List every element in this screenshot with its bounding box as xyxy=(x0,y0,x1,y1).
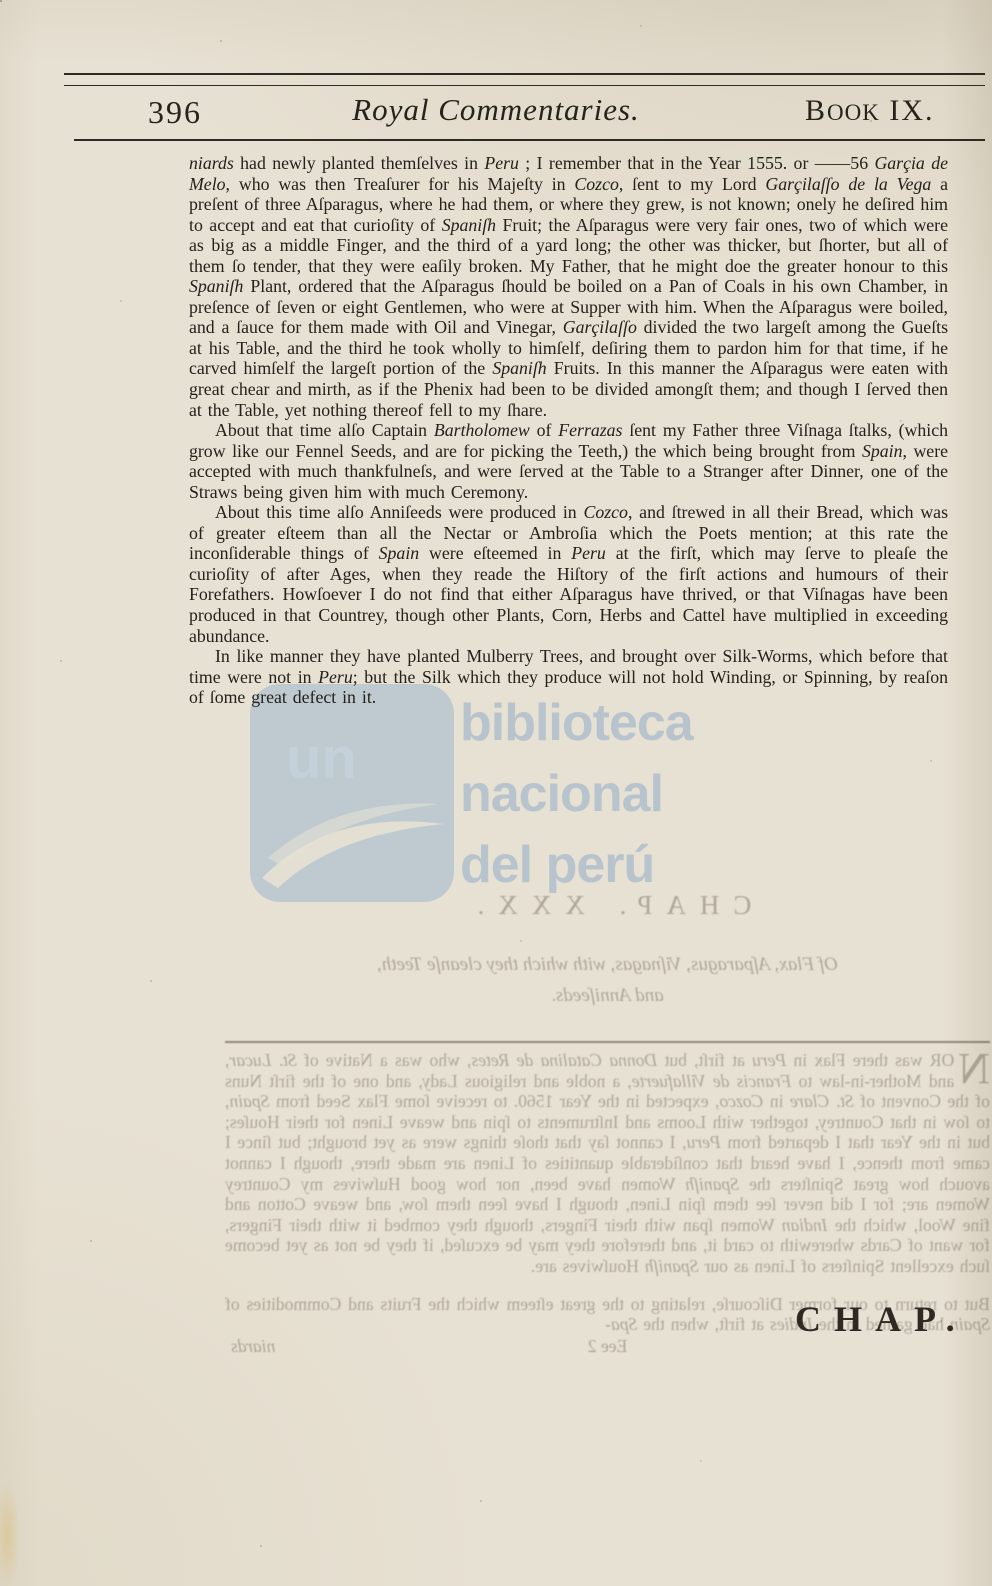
catchword-chap: CHAP. xyxy=(795,1298,968,1340)
book-label: BOOK IX. xyxy=(805,94,935,128)
bleed-drop-cap: N xyxy=(954,1050,990,1088)
bleed-chapter-heading: CHAP. XXX. xyxy=(225,890,990,921)
bleed-paragraph-1: NOR was there Flax in Peru at firſt, but… xyxy=(225,1050,990,1277)
book-smallcaps: OOK xyxy=(827,100,880,125)
header-rule-top xyxy=(64,73,985,86)
paragraph-4: In like manner they have planted Mulberr… xyxy=(189,646,948,708)
bleed-chapter-title-line1: Of Flax, Aſparagus, Viſnagas, with which… xyxy=(225,949,990,980)
bleed-header-rule xyxy=(225,1041,990,1043)
bleed-chapter-title-line2: and Anniſeeds. xyxy=(225,980,990,1011)
library-logo-icon: un xyxy=(248,682,456,904)
body-text: niards had newly planted themſelves in P… xyxy=(189,153,948,708)
header-rule-bottom xyxy=(74,139,985,141)
paper-stain xyxy=(0,1480,20,1586)
book-initial: B xyxy=(805,94,827,127)
paragraph-1: niards had newly planted themſelves in P… xyxy=(189,153,948,420)
paragraph-2: About that time alſo Captain Bartholomew… xyxy=(189,420,948,502)
book-number: IX. xyxy=(889,94,934,127)
svg-text:un: un xyxy=(286,726,357,791)
watermark-text: biblioteca nacional del perú xyxy=(460,688,693,901)
paragraph-3: About this time alſo Anniſeeds were prod… xyxy=(189,502,948,646)
bleedthrough-layer: CHAP. XXX. Of Flax, Aſparagus, Viſnagas,… xyxy=(225,884,990,1524)
book-page-scan: 396 Royal Commentaries. BOOK IX. CHAP. X… xyxy=(0,0,992,1586)
bleed-chapter-title: Of Flax, Aſparagus, Viſnagas, with which… xyxy=(225,949,990,1011)
bleed-catchword: niards xyxy=(231,1336,275,1357)
watermark-line2: nacional xyxy=(460,759,693,830)
